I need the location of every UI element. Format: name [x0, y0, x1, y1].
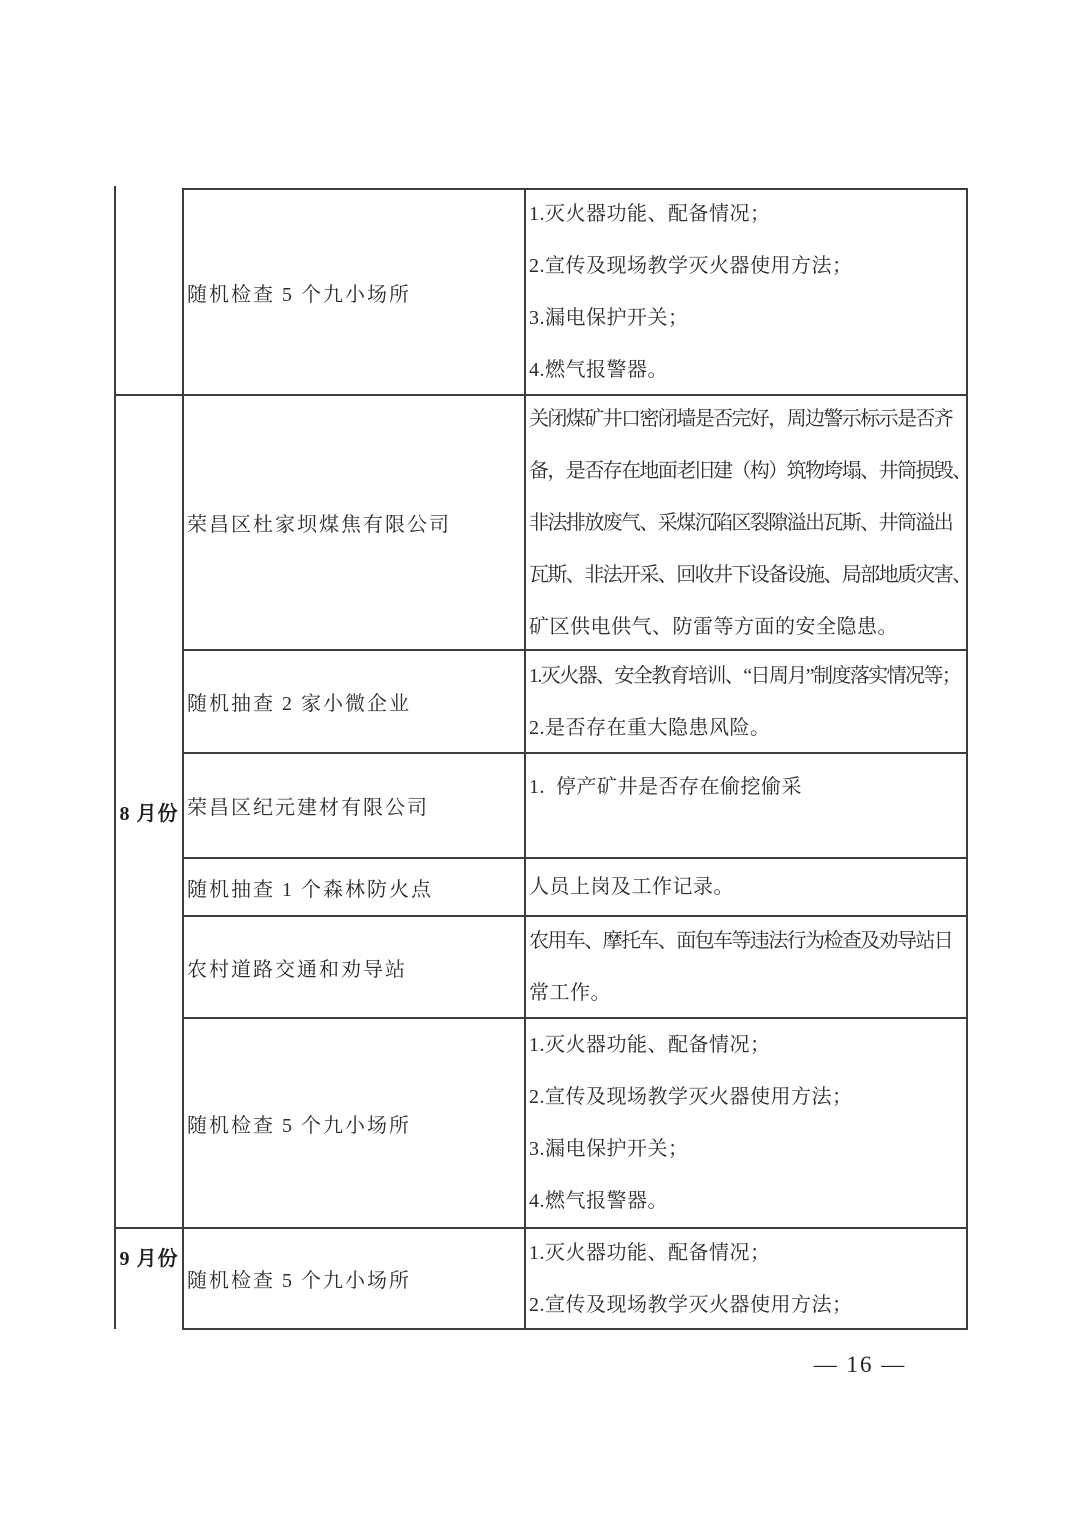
table-border-bottom: [182, 1328, 968, 1330]
table-row-divider-3: [182, 752, 968, 754]
target-cell-small-micro-enterprises: 随机抽查 2 家小微企业: [187, 652, 517, 751]
content-line: 2.宣传及现场教学灭火器使用方法；: [529, 1279, 965, 1328]
content-cell-enterprise-checklist: 1.灭火器、安全教育培训、“日周月”制度落实情况等； 2.是否存在重大隐患风险。: [529, 652, 965, 751]
target-cell-nine-small-venues-1: 随机检查 5 个九小场所: [187, 190, 517, 394]
content-line: 人员上岗及工作记录。: [529, 861, 965, 913]
content-line: 2.宣传及现场教学灭火器使用方法；: [529, 240, 965, 292]
target-cell-dujiaba-coal-company: 荣昌区杜家坝煤焦有限公司: [187, 397, 517, 648]
content-line: 3.漏电保护开关；: [529, 292, 965, 344]
target-cell-nine-small-venues-2: 随机检查 5 个九小场所: [187, 1020, 517, 1226]
content-line: 矿区供电供气、防雷等方面的安全隐患。: [529, 601, 965, 649]
table-row-divider-4: [182, 857, 968, 859]
content-line: 关闭煤矿井口密闭墙是否完好，周边警示标示是否齐: [529, 397, 965, 445]
content-line: 1.灭火器功能、配备情况；: [529, 1230, 965, 1279]
content-line: 2.宣传及现场教学灭火器使用方法；: [529, 1071, 965, 1123]
content-cell-checklist-1: 1.灭火器功能、配备情况； 2.宣传及现场教学灭火器使用方法； 3.漏电保护开关…: [529, 190, 965, 394]
target-cell-forest-fire-point: 随机抽查 1 个森林防火点: [187, 860, 517, 914]
content-line: 1.灭火器功能、配备情况；: [529, 190, 965, 240]
content-line: 瓦斯、非法开采、回收井下设备设施、局部地质灾害、: [529, 549, 965, 601]
month-label: 9 月份: [120, 1242, 179, 1271]
target-cell-jiyuan-building-materials: 荣昌区纪元建材有限公司: [187, 755, 517, 856]
document-page: 8 月份 9 月份 随机检查 5 个九小场所 荣昌区杜家坝煤焦有限公司 随机抽查…: [0, 0, 1074, 1520]
content-line: 1.灭火器功能、配备情况；: [529, 1020, 965, 1071]
content-line: 1.灭火器、安全教育培训、“日周月”制度落实情况等；: [529, 652, 965, 702]
content-cell-vehicle-checks: 农用车、摩托车、面包车等违法行为检查及劝导站日 常工作。: [529, 918, 965, 1016]
target-cell-rural-road-station: 农村道路交通和劝导站: [187, 918, 517, 1016]
table-border-right: [966, 188, 968, 1330]
content-line: 农用车、摩托车、面包车等违法行为检查及劝导站日: [529, 918, 965, 967]
table-row-divider-7: [114, 1227, 968, 1229]
content-line: 3.漏电保护开关；: [529, 1123, 965, 1175]
content-cell-checklist-2: 1.灭火器功能、配备情况； 2.宣传及现场教学灭火器使用方法； 3.漏电保护开关…: [529, 1020, 965, 1226]
content-line: 1. 停产矿井是否存在偷挖偷采: [529, 761, 965, 813]
month-cell-september: 9 月份: [116, 1230, 182, 1327]
target-cell-nine-small-venues-3: 随机检查 5 个九小场所: [187, 1230, 517, 1327]
content-line: 4.燃气报警器。: [529, 344, 965, 394]
page-number: — 16 —: [790, 1352, 930, 1378]
content-line: 非法排放废气、采煤沉陷区裂隙溢出瓦斯、井筒溢出: [529, 497, 965, 549]
table-row-divider-2: [182, 649, 968, 651]
content-cell-checklist-3: 1.灭火器功能、配备情况； 2.宣传及现场教学灭火器使用方法；: [529, 1230, 965, 1327]
month-cell-august: 8 月份: [116, 397, 182, 1226]
content-line: 备，是否存在地面老旧建（构）筑物垮塌、井筒损毁、: [529, 445, 965, 497]
table-row-divider-1: [114, 394, 968, 396]
table-divider-month-target: [182, 188, 184, 1330]
content-line: 4.燃气报警器。: [529, 1175, 965, 1226]
table-row-divider-5: [182, 915, 968, 917]
content-cell-suspended-mine: 1. 停产矿井是否存在偷挖偷采: [529, 755, 965, 856]
content-line: 常工作。: [529, 967, 965, 1016]
content-cell-coal-mine-hazards: 关闭煤矿井口密闭墙是否完好，周边警示标示是否齐 备，是否存在地面老旧建（构）筑物…: [529, 397, 965, 648]
table-row-divider-6: [182, 1017, 968, 1019]
month-label: 8 月份: [120, 797, 179, 826]
content-line: 2.是否存在重大隐患风险。: [529, 702, 965, 752]
content-cell-duty-records: 人员上岗及工作记录。: [529, 860, 965, 914]
table-divider-target-content: [524, 188, 526, 1330]
